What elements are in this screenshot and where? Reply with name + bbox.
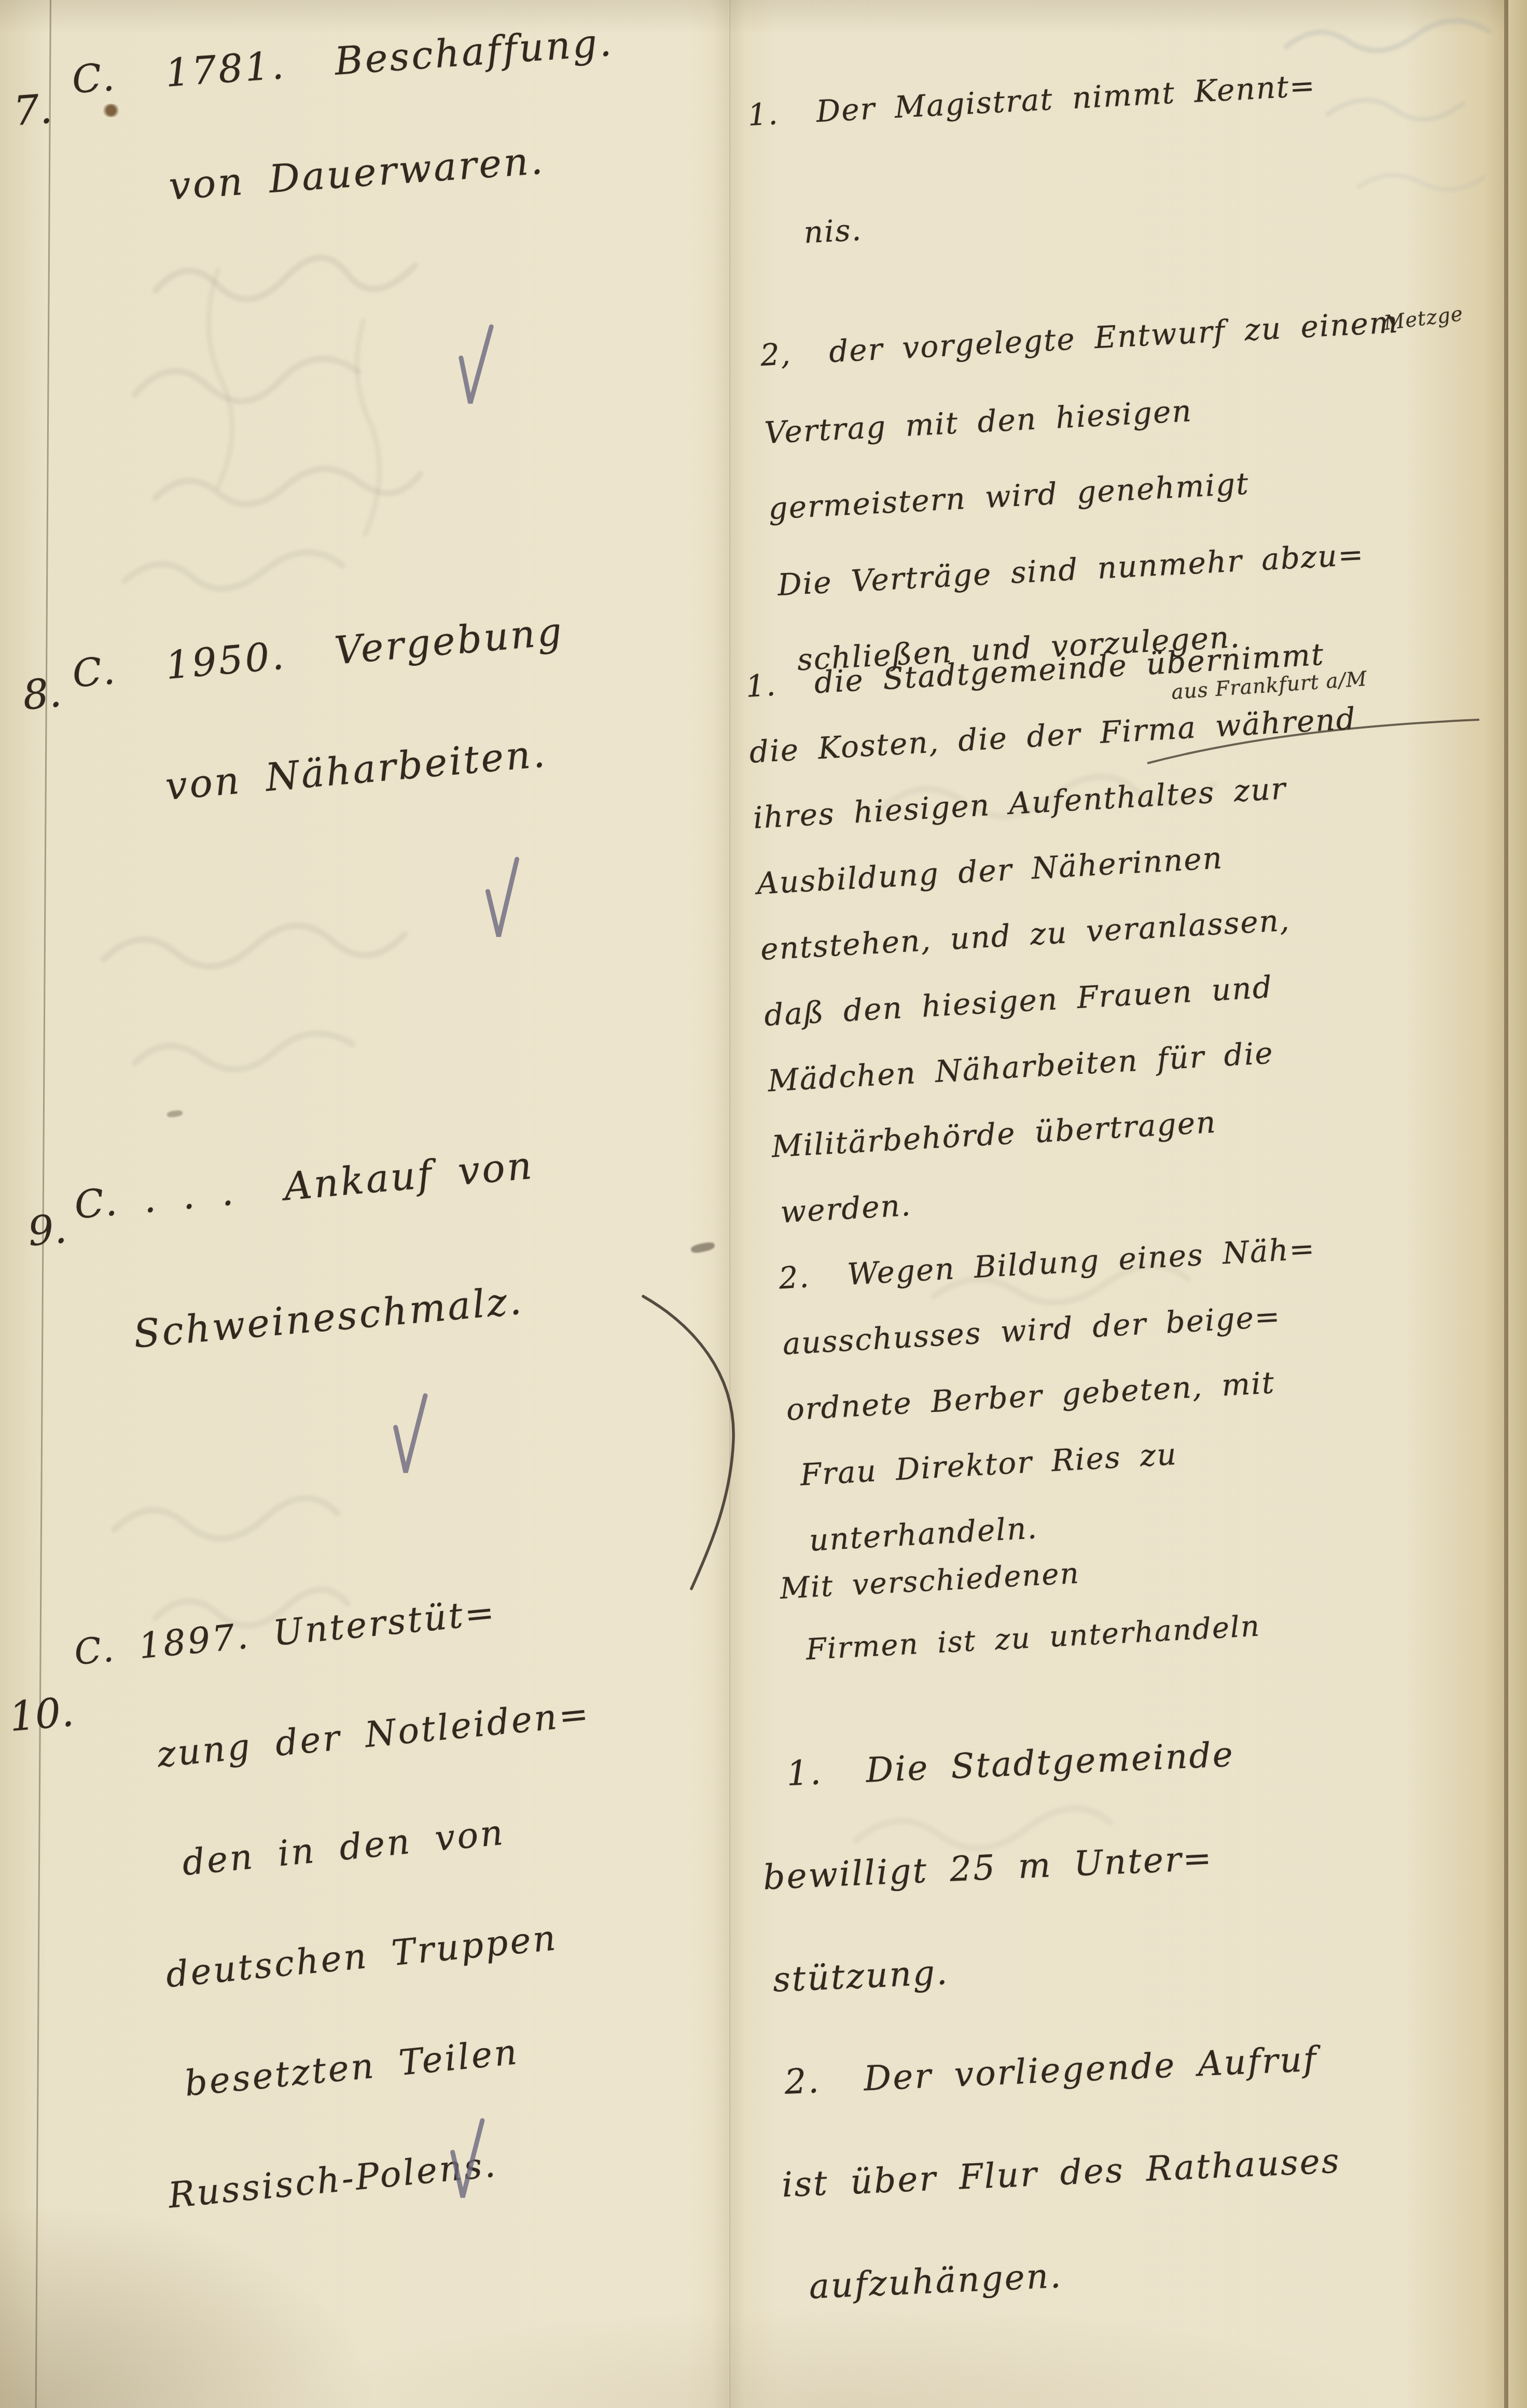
entry-title: C. 1950. Vergebung von Näharbeiten. [66, 603, 657, 911]
entry-title: C. 1897. Unterstüt= zung der Notleiden= … [54, 1575, 738, 2305]
resolution-block: 1. Der Magistrat nimmt Kennt= nis. 2, de… [747, 58, 1527, 719]
entry-title-line: von Dauerwaren. [168, 138, 546, 208]
resolution-line: 2. Der vorliegende Aufruf [784, 2039, 1318, 2102]
entry-number: 8. [21, 669, 63, 719]
resolution-line: Die Verträge sind nunmehr abzu= [777, 537, 1365, 603]
entry-title-line: den in den von [181, 1812, 507, 1884]
resolution-line: 2. Wegen Bildung eines Näh= [778, 1230, 1316, 1296]
resolution-line: ordnete Berber gebeten, mit [785, 1365, 1276, 1427]
resolution-line: unterhandeln. [808, 1510, 1038, 1558]
entry-title-line: zung der Notleiden= [156, 1693, 592, 1776]
checkmark-icon [483, 853, 520, 942]
resolution-line: bewilligt 25 m Unter= [762, 1838, 1214, 1898]
resolution-line: Mädchen Näharbeiten für die [767, 1035, 1275, 1098]
entry-title-line: besetzten Teilen [183, 2032, 521, 2105]
checkmark-icon [390, 1389, 429, 1478]
resolution-line: Ausbildung der Näherinnen [756, 840, 1224, 901]
resolution-line: germeistern wird genehmigt [768, 466, 1250, 526]
resolution-line: nis. [803, 212, 863, 250]
resolution-line: entstehen, und zu veranlassen, [759, 902, 1291, 967]
entry-number: 9. [26, 1206, 68, 1255]
resolution-line: Firmen ist zu unterhandeln [805, 1609, 1261, 1667]
resolution-line: ihres hiesigen Aufenthaltes zur [752, 771, 1287, 835]
resolution-line: ist über Flur des Rathauses [781, 2141, 1342, 2205]
entry-title-line: von Näharbeiten. [164, 731, 549, 809]
resolution-line: stützung. [772, 1952, 949, 2000]
checkmark-icon [454, 319, 495, 410]
resolution-line: daß den hiesigen Frauen und [763, 969, 1273, 1033]
entry-title-line: Schweineschmalz. [132, 1278, 525, 1356]
resolution-line: ausschusses wird der beige= [782, 1298, 1282, 1362]
resolution-line: Frau Direktor Ries zu [799, 1436, 1178, 1493]
entry-title: C. 1781. Beschaffung. von Dauerwaren. [66, 18, 652, 296]
resolution-block: 1. Die Stadtgemeinde bewilligt 25 m Unte… [755, 1721, 1527, 2402]
resolution-line: aufzuhängen. [808, 2256, 1063, 2306]
resolution-line: Militärbehörde übertragen [771, 1104, 1217, 1165]
resolution-line: 2, der vorgelegte Entwurf zu einem [759, 304, 1399, 373]
manuscript-page: 7. 8. 9. 10. C. 1781. Beschaffung. von D… [0, 0, 1527, 2408]
resolution-line: werden. [780, 1187, 912, 1230]
checkmark-icon [447, 2113, 486, 2203]
resolution-line: Vertrag mit den hiesigen [764, 393, 1193, 451]
entry-number: 7. [12, 86, 54, 135]
fold-line [728, 0, 730, 2408]
entry-title-line: deutschen Truppen [164, 1917, 559, 1996]
resolution-block: 1. die Stadtgemeinde übernimmt die Koste… [745, 626, 1527, 1601]
resolution-line: die Kosten, die der Firma während [748, 701, 1357, 769]
